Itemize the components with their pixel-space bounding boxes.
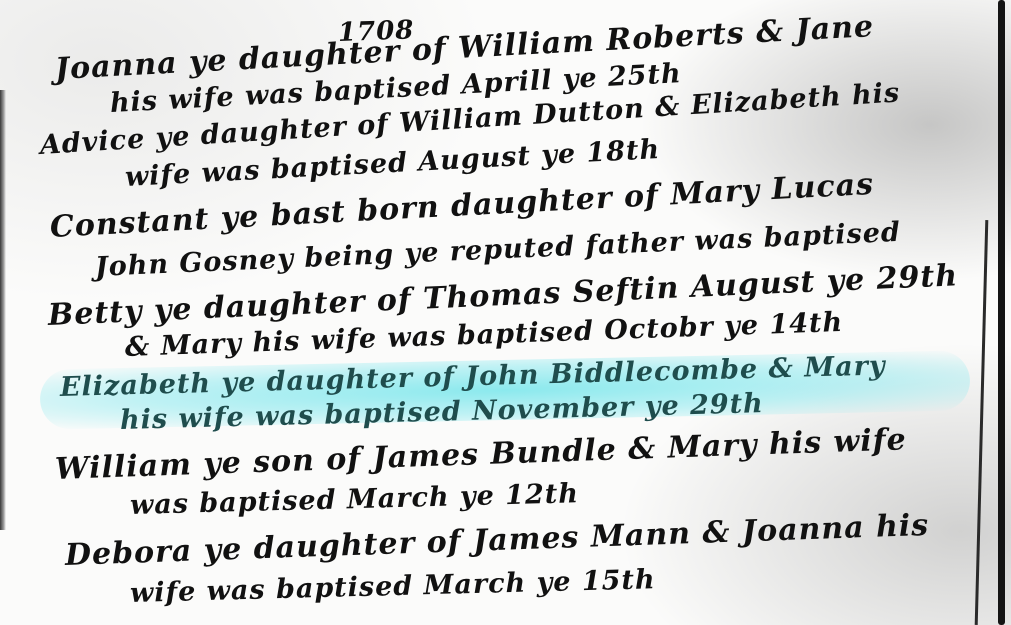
page-fold-line bbox=[975, 220, 989, 625]
page-left-edge bbox=[0, 90, 6, 530]
register-page: 1708 Joanna ye daughter of William Rober… bbox=[0, 0, 1011, 625]
page-right-edge bbox=[998, 0, 1005, 625]
entry-6-line-2: was baptised March ye 12th bbox=[130, 478, 580, 521]
entry-7-line-2: wife was baptised March ye 15th bbox=[130, 564, 656, 609]
